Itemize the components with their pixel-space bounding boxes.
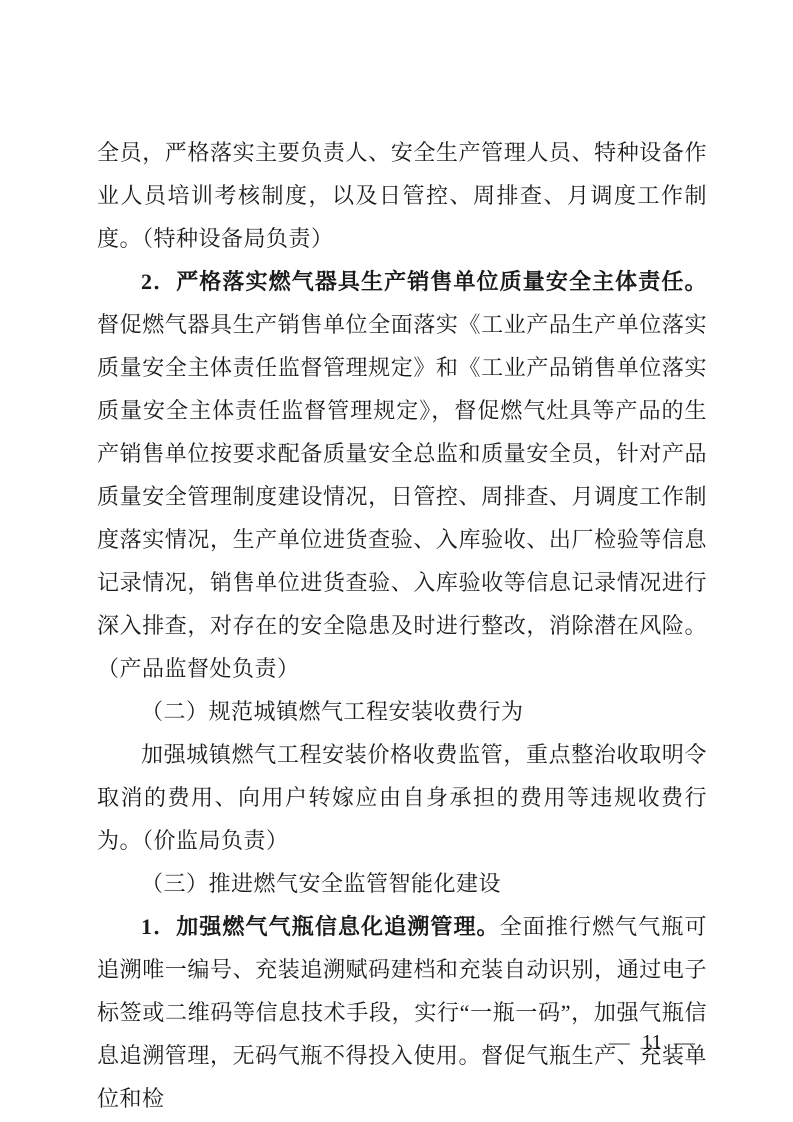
page-footer: —11— bbox=[605, 1028, 699, 1056]
section-heading-2: （二）规范城镇燃气工程安装收费行为 bbox=[97, 690, 707, 733]
paragraph-item-1: 1．加强燃气气瓶信息化追溯管理。全面推行燃气气瓶可追溯唯一编号、充装追溯赋码建档… bbox=[97, 905, 707, 1120]
document-body: 全员，严格落实主要负责人、安全生产管理人员、特种设备作业人员培训考核制度，以及日… bbox=[97, 131, 707, 1120]
paragraph-item-2-text: 督促燃气器具生产销售单位全面落实《工业产品生产单位落实质量安全主体责任监督管理规… bbox=[97, 312, 707, 681]
paragraph-continuation: 全员，严格落实主要负责人、安全生产管理人员、特种设备作业人员培训考核制度，以及日… bbox=[97, 131, 707, 260]
paragraph-item-2: 2．严格落实燃气器具生产销售单位质量安全主体责任。督促燃气器具生产销售单位全面落… bbox=[97, 260, 707, 690]
paragraph-item-1-text: 全面推行燃气气瓶可追溯唯一编号、充装追溯赋码建档和充装自动识别，通过电子标签或二… bbox=[97, 914, 707, 1111]
paragraph-fees: 加强城镇燃气工程安装价格收费监管，重点整治收取明令取消的费用、向用户转嫁应由自身… bbox=[97, 733, 707, 862]
footer-dash-right: — bbox=[674, 1030, 695, 1054]
paragraph-item-2-bold-lead: 2．严格落实燃气器具生产销售单位质量安全主体责任。 bbox=[141, 269, 707, 294]
paragraph-item-1-bold-lead: 1．加强燃气气瓶信息化追溯管理。 bbox=[141, 914, 500, 939]
footer-dash-left: — bbox=[609, 1030, 630, 1054]
document-page: 全员，严格落实主要负责人、安全生产管理人员、特种设备作业人员培训考核制度，以及日… bbox=[0, 0, 793, 1122]
page-number: 11 bbox=[642, 1030, 662, 1054]
section-heading-3: （三）推进燃气安全监管智能化建设 bbox=[97, 862, 707, 905]
